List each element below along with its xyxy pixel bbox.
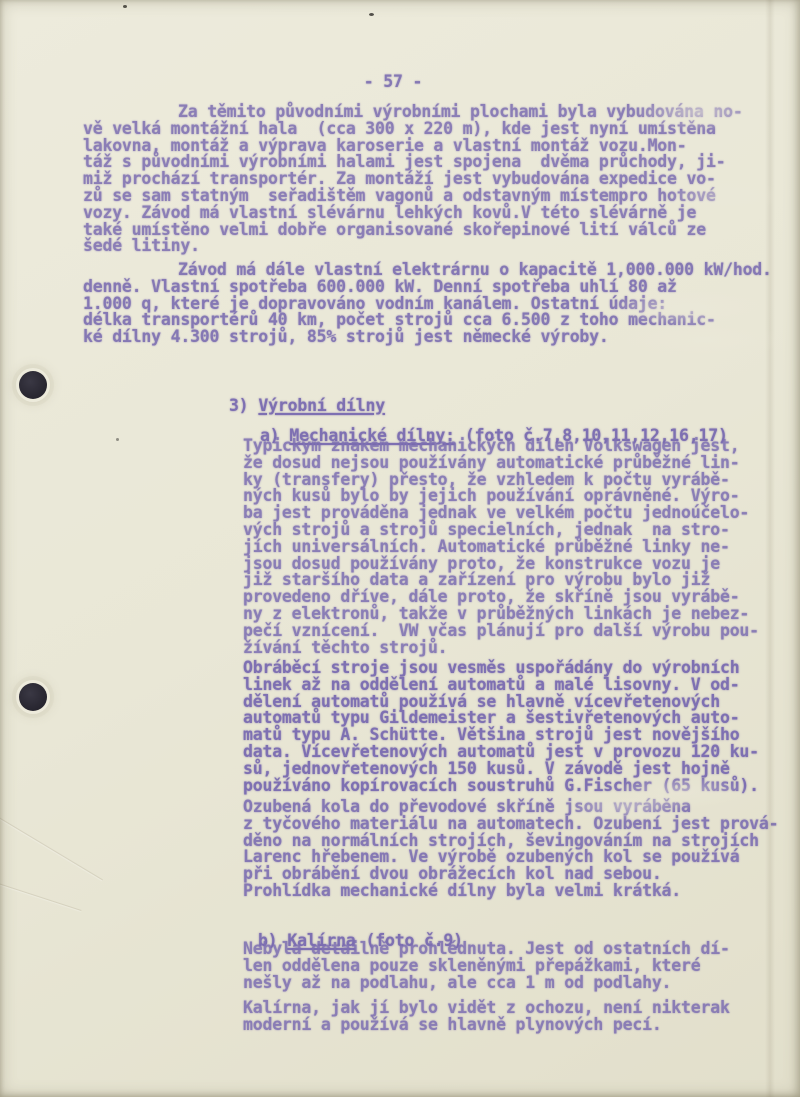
intro-paragraph-2: Závod má dále vlastní elektrárnu o kapac… (83, 262, 772, 346)
subsection-b-paragraph-1: Nebyla detailně prohlédnuta. Jest od ost… (243, 941, 730, 991)
paper-speck (123, 5, 127, 8)
page-number: - 57 - (0, 74, 793, 91)
subsection-a-paragraph-1: Typickým znakem mechanických dílen Volks… (243, 438, 759, 656)
subsection-b-paragraph-2: Kalírna, jak jí bylo vidět z ochozu, nen… (243, 1000, 730, 1034)
subsection-a-paragraph-3: Ozubená kola do převodové skříně jsou vy… (243, 799, 778, 900)
paper-crease (0, 813, 103, 881)
paper-speck (116, 438, 119, 441)
subsection-a-paragraph-2: Obráběcí stroje jsou vesměs uspořádány d… (243, 660, 759, 794)
scanned-page: - 57 - Za těmito původními výrobními plo… (0, 0, 800, 1097)
punch-hole-bottom (19, 683, 47, 711)
paper-crease (0, 876, 81, 911)
paper-speck (369, 13, 374, 16)
punch-hole-top (19, 371, 47, 399)
intro-paragraph-1: Za těmito původními výrobními plochami b… (83, 104, 743, 255)
